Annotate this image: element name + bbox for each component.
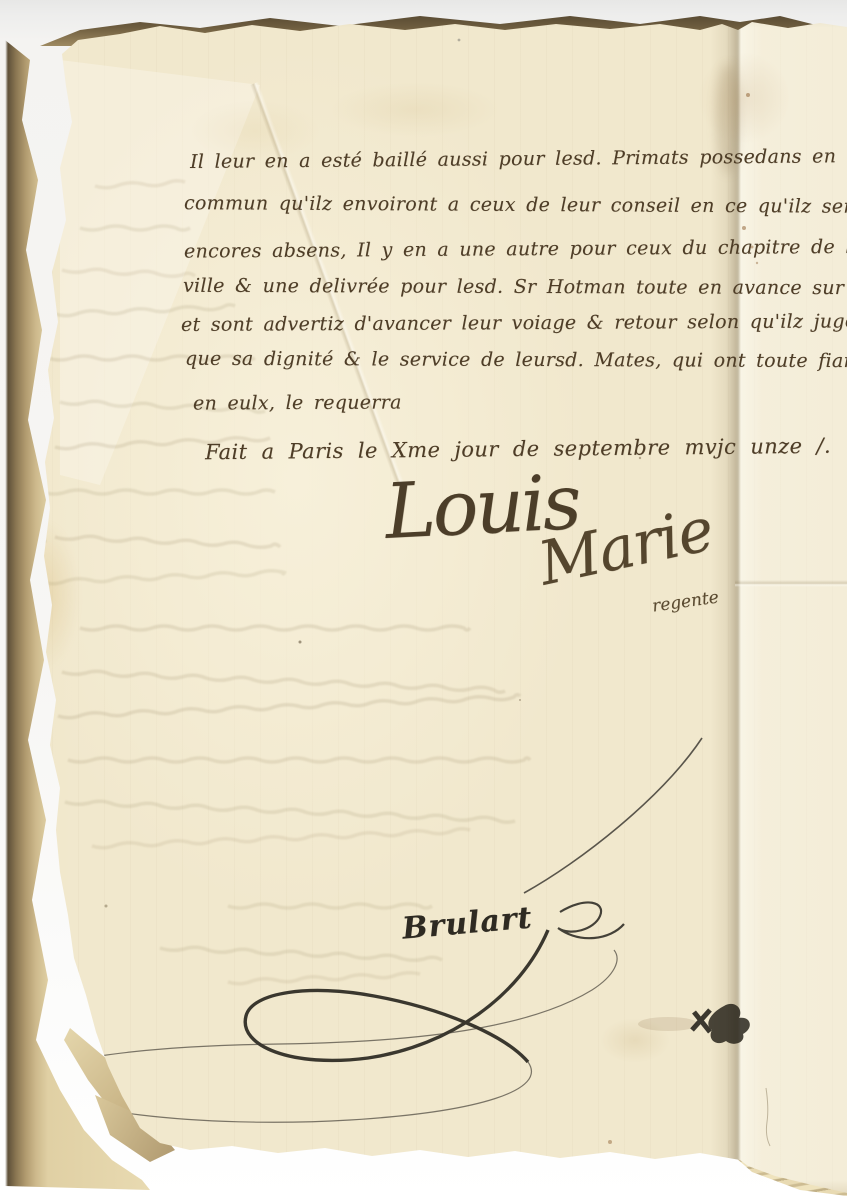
manuscript-page: Il leur en a esté baillé aussi pour lesd… — [0, 0, 847, 1200]
scanned-manuscript: Il leur en a esté baillé aussi pour lesd… — [0, 0, 847, 1200]
ink-blot — [638, 1004, 750, 1044]
flourish-loop-dark — [245, 930, 548, 1062]
flourish-loop-large — [36, 950, 617, 1122]
ink-flourishes — [0, 0, 847, 1200]
paper-crack — [766, 1088, 770, 1146]
flourish-entry-stroke — [524, 738, 702, 893]
flourish-paraph — [558, 902, 624, 938]
specks — [105, 39, 759, 1144]
